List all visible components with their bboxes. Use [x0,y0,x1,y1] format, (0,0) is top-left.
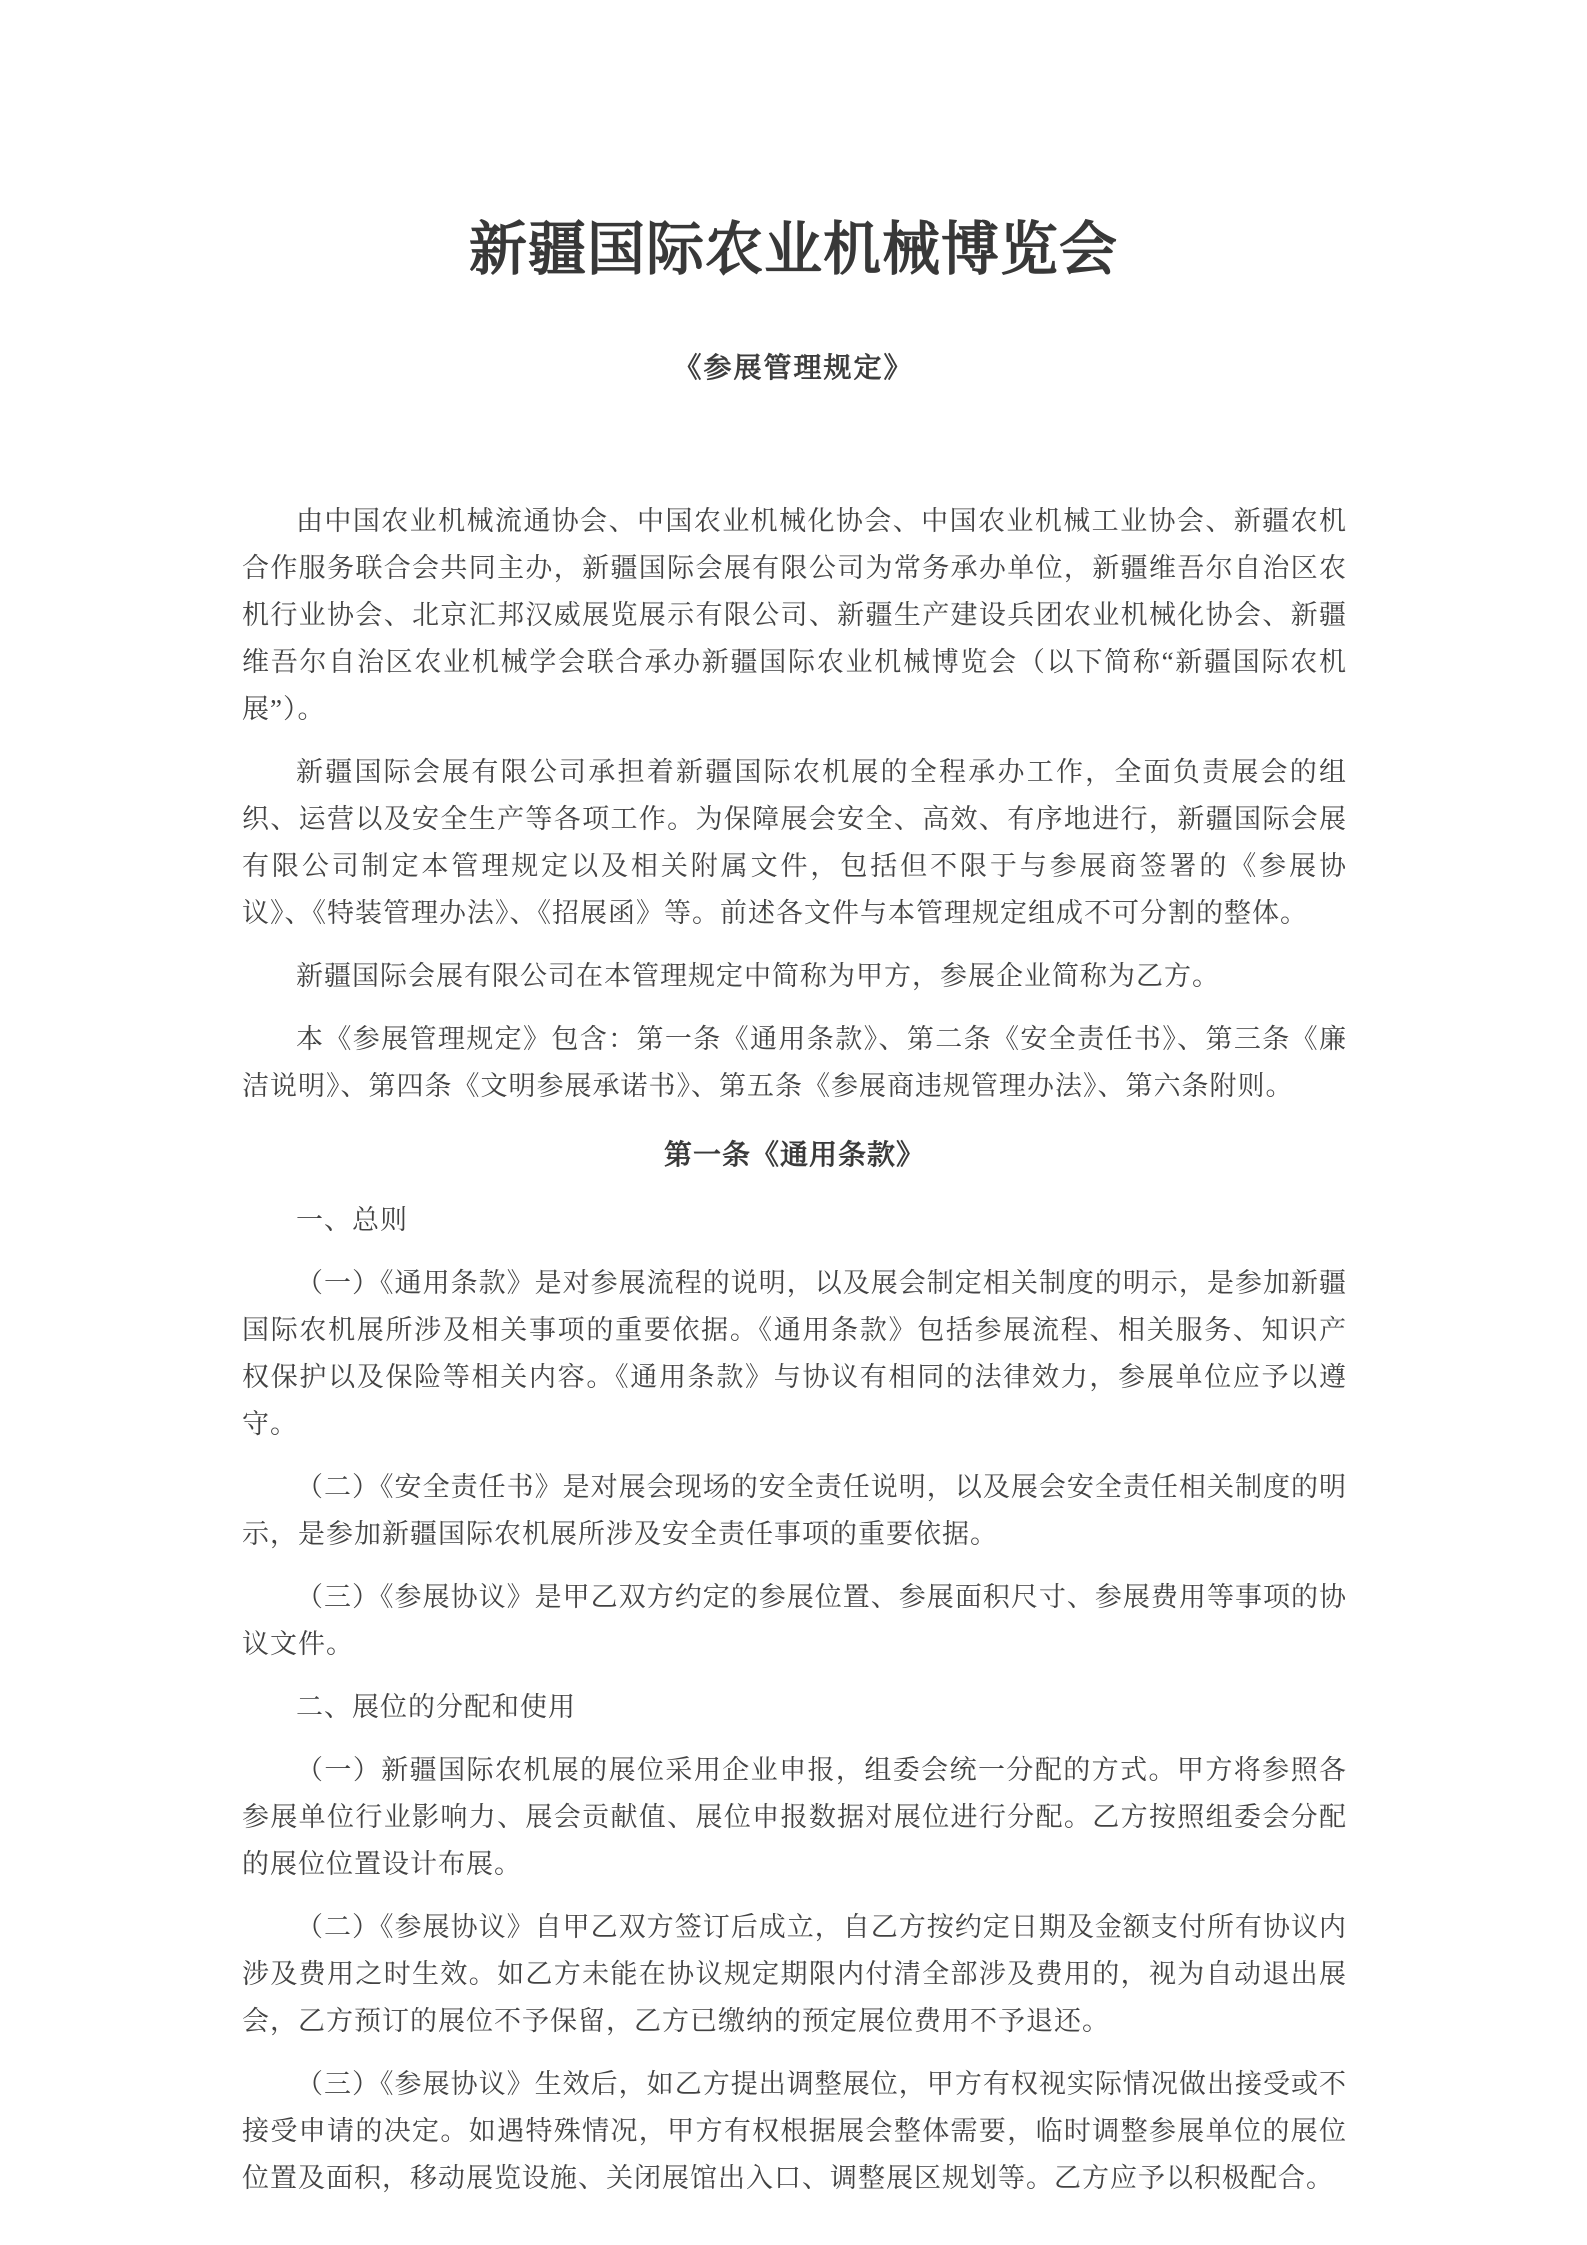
section-heading: 第一条《通用条款》 [242,1132,1347,1179]
document-body: 由中国农业机械流通协会、中国农业机械化协会、中国农业机械工业协会、新疆农机合作服… [0,386,1587,2202]
body-paragraph: （一）新疆国际农机展的展位采用企业申报，组委会统一分配的方式。甲方将参照各参展单… [242,1747,1347,1888]
body-paragraph: （一）《通用条款》是对参展流程的说明，以及展会制定相关制度的明示，是参加新疆国际… [242,1260,1347,1448]
body-paragraph: （三）《参展协议》是甲乙双方约定的参展位置、参展面积尺寸、参展费用等事项的协议文… [242,1574,1347,1668]
body-paragraph: 新疆国际会展有限公司在本管理规定中简称为甲方，参展企业简称为乙方。 [242,953,1347,1000]
body-paragraph: （三）《参展协议》生效后，如乙方提出调整展位，甲方有权视实际情况做出接受或不接受… [242,2061,1347,2202]
body-paragraph: 新疆国际会展有限公司承担着新疆国际农机展的全程承办工作，全面负责展会的组织、运营… [242,749,1347,937]
document-subtitle: 《参展管理规定》 [0,282,1587,386]
document-title: 新疆国际农业机械博览会 [0,0,1587,282]
clause-subheading: 一、总则 [242,1197,1347,1244]
body-paragraph: （二）《参展协议》自甲乙双方签订后成立，自乙方按约定日期及金额支付所有协议内涉及… [242,1904,1347,2045]
body-paragraph: 本《参展管理规定》包含：第一条《通用条款》、第二条《安全责任书》、第三条《廉洁说… [242,1016,1347,1110]
document-page: 新疆国际农业机械博览会 《参展管理规定》 由中国农业机械流通协会、中国农业机械化… [0,0,1587,2245]
body-paragraph: 由中国农业机械流通协会、中国农业机械化协会、中国农业机械工业协会、新疆农机合作服… [242,498,1347,733]
body-paragraph: （二）《安全责任书》是对展会现场的安全责任说明，以及展会安全责任相关制度的明示，… [242,1464,1347,1558]
clause-subheading: 二、展位的分配和使用 [242,1684,1347,1731]
